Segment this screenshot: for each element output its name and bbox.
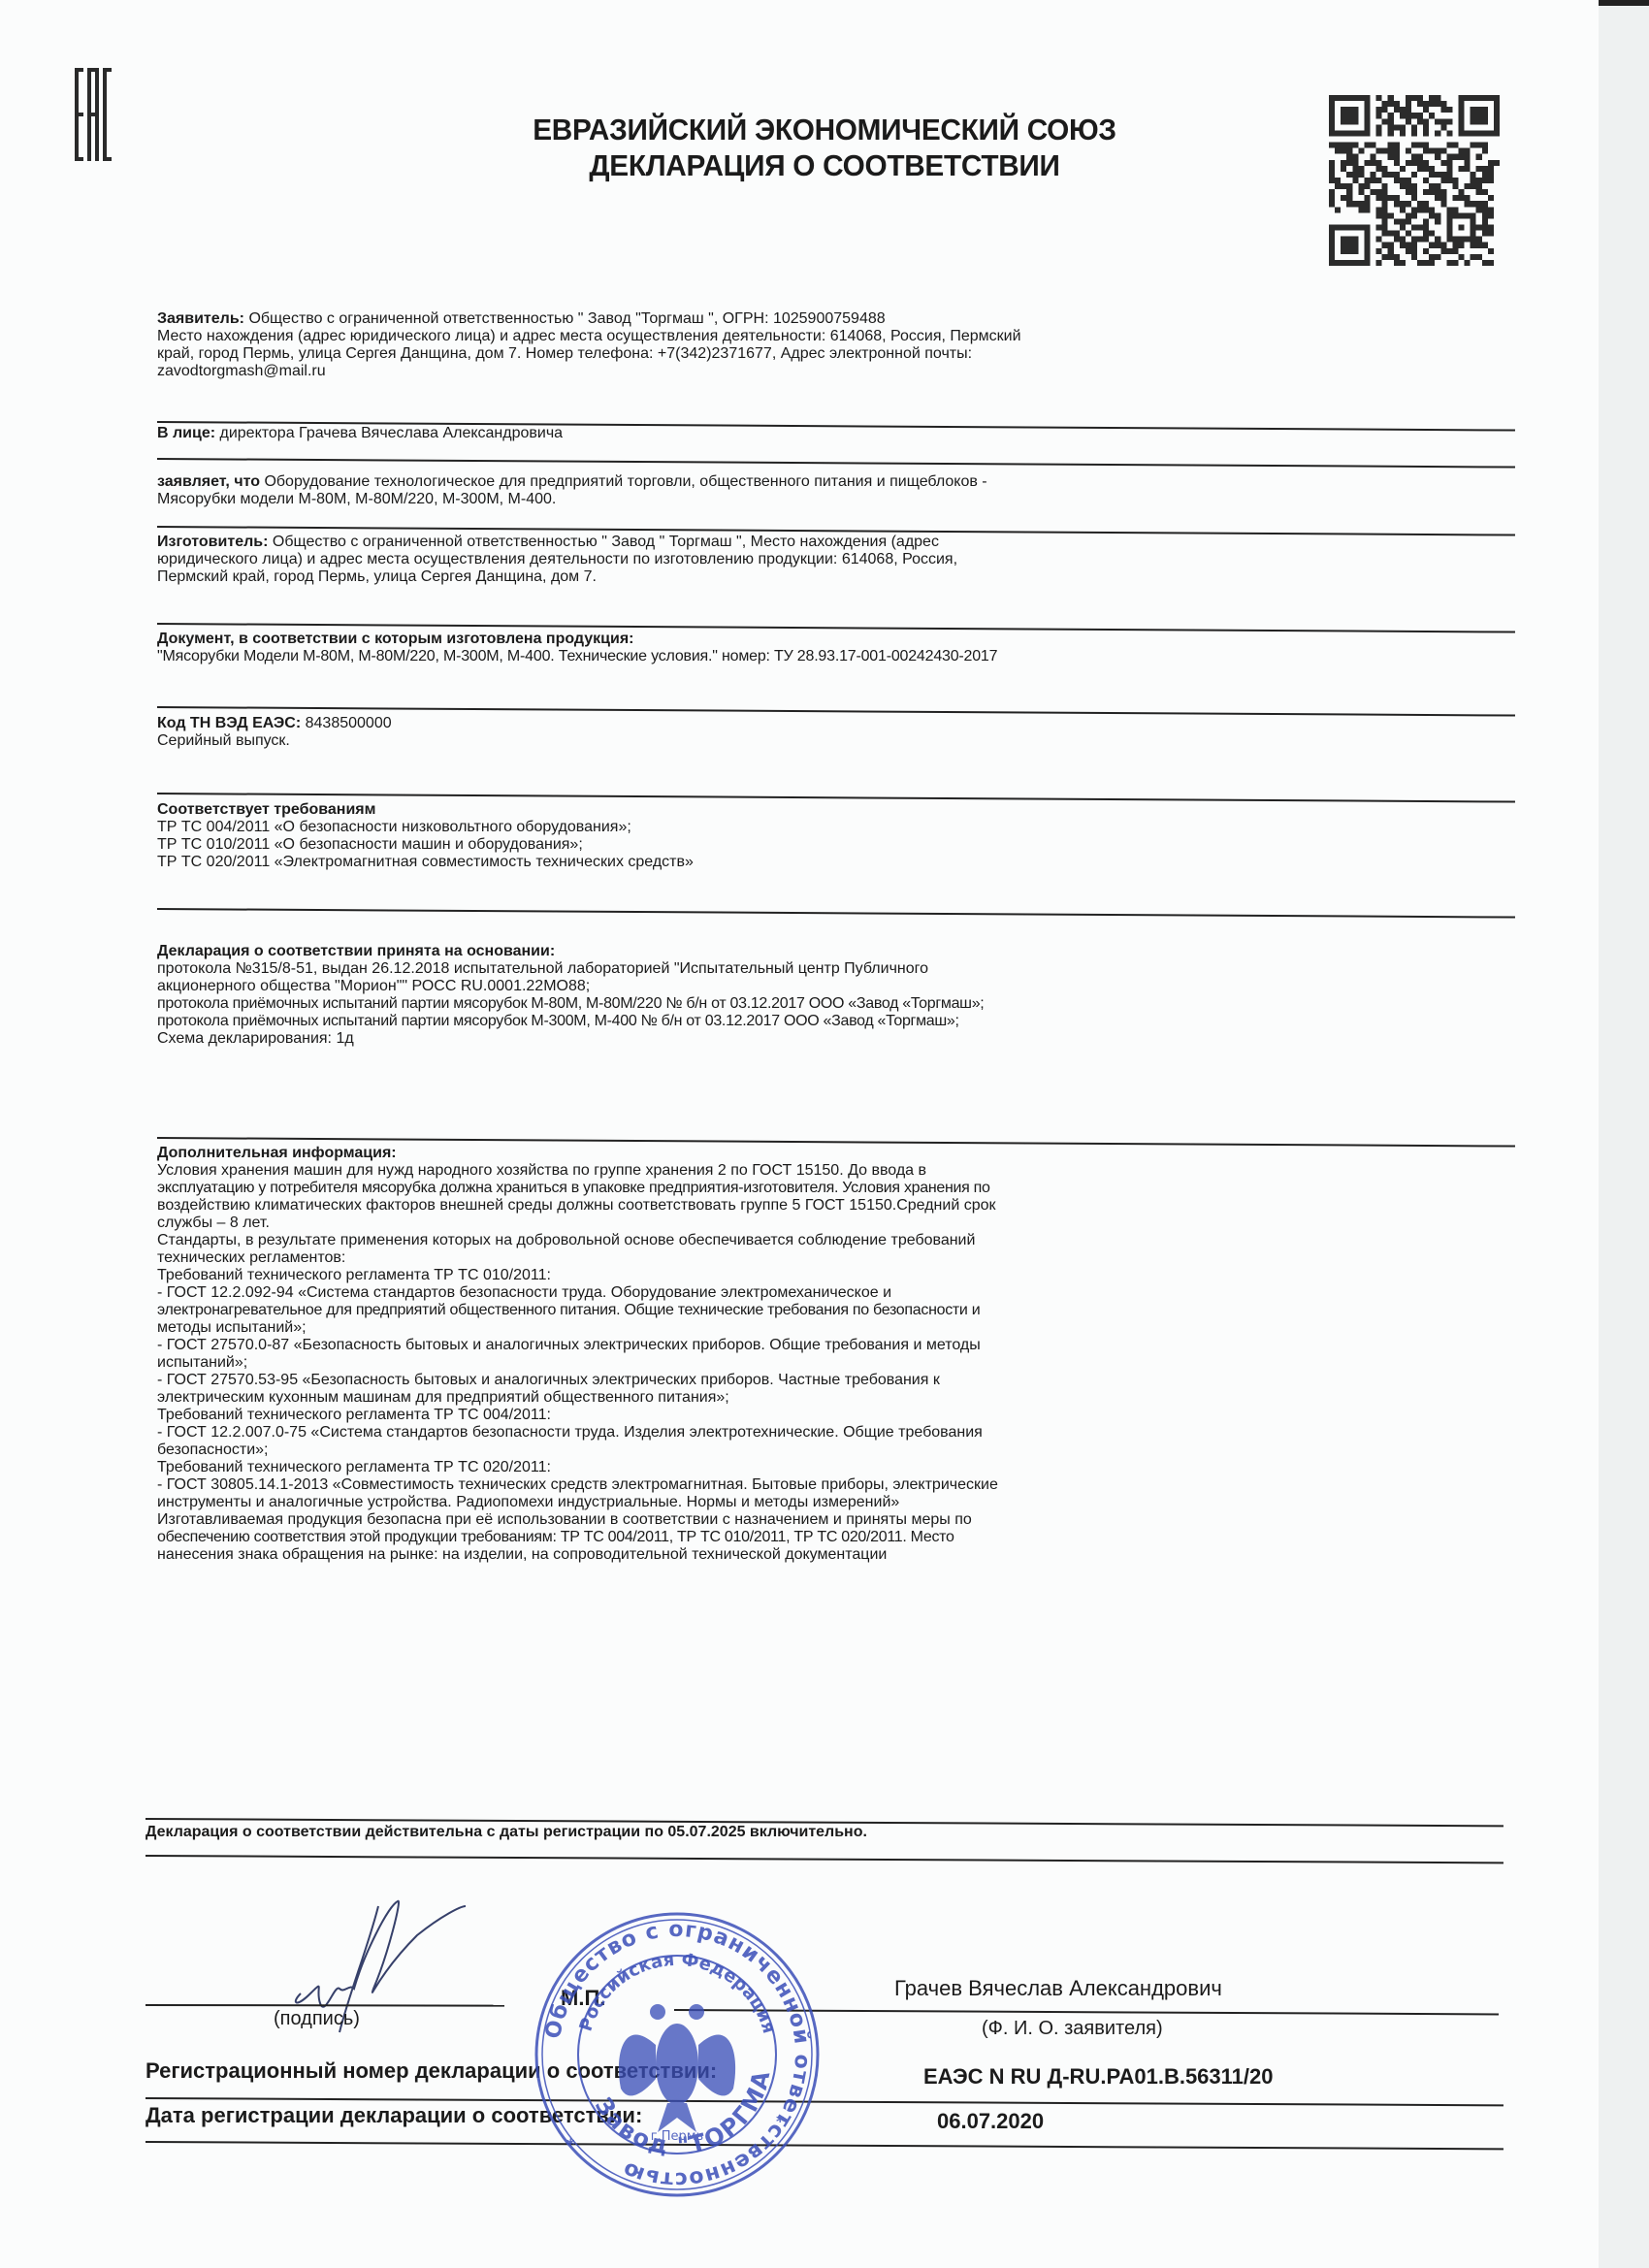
basis-line: протокола приёмочных испытаний партии мя… bbox=[157, 1013, 1515, 1030]
additional-line: электрическим кухонным машинам для предп… bbox=[157, 1389, 1515, 1407]
additional-line: нанесения знака обращения на рынке: на и… bbox=[157, 1546, 1515, 1564]
title-line-declaration: ДЕКЛАРАЦИЯ О СООТВЕТСТВИИ bbox=[470, 147, 1179, 183]
divider bbox=[145, 1855, 1503, 1863]
additional-label: Дополнительная информация: bbox=[157, 1145, 1515, 1162]
represented-by-value: директора Грачева Вячеслава Александрови… bbox=[215, 425, 563, 441]
declares-section: заявляет, что Оборудование технологическ… bbox=[157, 473, 1515, 508]
requirement-item: ТР ТС 020/2011 «Электромагнитная совмест… bbox=[157, 854, 1515, 871]
represented-by-section: В лице: директора Грачева Вячеслава Алек… bbox=[157, 425, 1515, 442]
applicant-label: Заявитель: bbox=[157, 310, 244, 327]
additional-line: Требований технического регламента ТР ТС… bbox=[157, 1459, 1515, 1476]
applicant-address-line: Место нахождения (адрес юридического лиц… bbox=[157, 328, 1515, 345]
additional-line: Требований технического регламента ТР ТС… bbox=[157, 1267, 1515, 1284]
hs-code-section: Код ТН ВЭД ЕАЭС: 8438500000 Серийный вып… bbox=[157, 715, 1515, 750]
registration-date-value: 06.07.2020 bbox=[937, 2109, 1044, 2134]
qr-code-icon bbox=[1329, 95, 1500, 266]
represented-by-label: В лице: bbox=[157, 425, 215, 441]
standard-document-section: Документ, в соответствии с которым изгот… bbox=[157, 631, 1515, 665]
product-models: Мясорубки модели М-80М, М-80М/220, М-300… bbox=[157, 491, 1515, 508]
additional-info-section: Дополнительная информация: Условия хране… bbox=[157, 1145, 1515, 1564]
signature-line bbox=[145, 2004, 504, 2007]
additional-line: Стандарты, в результате применения котор… bbox=[157, 1232, 1515, 1249]
divider bbox=[157, 908, 1515, 919]
divider bbox=[145, 2141, 1503, 2150]
additional-line: методы испытаний»; bbox=[157, 1319, 1515, 1337]
applicant-name-caption: (Ф. И. О. заявителя) bbox=[982, 2018, 1163, 2040]
additional-line: Условия хранения машин для нужд народног… bbox=[157, 1162, 1515, 1180]
additional-line: - ГОСТ 12.2.007.0-75 «Система стандартов… bbox=[157, 1424, 1515, 1442]
hs-code-value: 8438500000 bbox=[301, 715, 391, 731]
additional-line: воздействию климатических факторов внешн… bbox=[157, 1197, 1515, 1215]
eac-mark-icon bbox=[75, 68, 113, 165]
signature-caption: (подпись) bbox=[274, 2008, 360, 2030]
additional-line: безопасности»; bbox=[157, 1442, 1515, 1459]
requirement-item: ТР ТС 004/2011 «О безопасности низковоль… bbox=[157, 819, 1515, 836]
requirements-label: Соответствует требованиям bbox=[157, 801, 1515, 819]
declares-label: заявляет, что bbox=[157, 473, 260, 490]
applicant-email: zavodtorgmash@mail.ru bbox=[157, 363, 1515, 380]
scan-edge bbox=[1599, 0, 1649, 2268]
document-value: "Мясорубки Модели М-80М, М-80М/220, М-30… bbox=[157, 648, 1515, 665]
additional-line: технических регламентов: bbox=[157, 1249, 1515, 1267]
svg-text:*: * bbox=[776, 2112, 785, 2130]
company-seal-stamp: Общество с ограниченной ответственностью… bbox=[532, 1909, 823, 2200]
svg-text:*: * bbox=[566, 2135, 575, 2154]
additional-line: - ГОСТ 30805.14.1-2013 «Совместимость те… bbox=[157, 1476, 1515, 1494]
manufacturer-address-line: юридического лица) и адрес места осущест… bbox=[157, 551, 1515, 568]
validity-text: Декларация о соответствии действительна … bbox=[145, 1824, 1503, 1841]
applicant-section: Заявитель: Общество с ограниченной ответ… bbox=[157, 310, 1515, 380]
scan-edge-shadow bbox=[1599, 0, 1649, 6]
additional-line: Требований технического регламента ТР ТС… bbox=[157, 1407, 1515, 1424]
manufacturer-address-line-2: Пермский край, город Пермь, улица Сергея… bbox=[157, 568, 1515, 586]
requirement-item: ТР ТС 010/2011 «О безопасности машин и о… bbox=[157, 836, 1515, 854]
additional-line: эксплуатацию у потребителя мясорубка дол… bbox=[157, 1180, 1515, 1197]
additional-line: испытаний»; bbox=[157, 1354, 1515, 1372]
additional-line: электронагревательное для предприятий об… bbox=[157, 1302, 1515, 1319]
additional-line: - ГОСТ 27570.0-87 «Безопасность бытовых … bbox=[157, 1337, 1515, 1354]
additional-line: - ГОСТ 27570.53-95 «Безопасность бытовых… bbox=[157, 1372, 1515, 1389]
additional-line: обеспечению соответствия этой продукции … bbox=[157, 1529, 1515, 1546]
registration-number-value: ЕАЭС N RU Д-RU.PA01.B.56311/20 bbox=[923, 2064, 1274, 2090]
document-label: Документ, в соответствии с которым изгот… bbox=[157, 631, 1515, 648]
document-title: ЕВРАЗИЙСКИЙ ЭКОНОМИЧЕСКИЙ СОЮЗ ДЕКЛАРАЦИ… bbox=[470, 112, 1179, 183]
manufacturer-section: Изготовитель: Общество с ограниченной от… bbox=[157, 534, 1515, 586]
requirements-section: Соответствует требованиям ТР ТС 004/2011… bbox=[157, 801, 1515, 871]
basis-label: Декларация о соответствии принята на осн… bbox=[157, 943, 1515, 960]
applicant-name: Грачев Вячеслав Александрович bbox=[894, 1976, 1222, 2001]
basis-section: Декларация о соответствии принята на осн… bbox=[157, 943, 1515, 1048]
basis-line: акционерного общества "Морион"" РОСС RU.… bbox=[157, 978, 1515, 995]
manufacturer-label: Изготовитель: bbox=[157, 534, 268, 550]
production-type: Серийный выпуск. bbox=[157, 732, 1515, 750]
additional-line: инструменты и аналогичные устройства. Ра… bbox=[157, 1494, 1515, 1511]
basis-line: протокола приёмочных испытаний партии мя… bbox=[157, 995, 1515, 1013]
declaration-scheme: Схема декларирования: 1д bbox=[157, 1030, 1515, 1048]
applicant-contact-line: край, город Пермь, улица Сергея Данщина,… bbox=[157, 345, 1515, 363]
title-line-union: ЕВРАЗИЙСКИЙ ЭКОНОМИЧЕСКИЙ СОЮЗ bbox=[470, 112, 1179, 147]
additional-line: Изготавливаемая продукция безопасна при … bbox=[157, 1511, 1515, 1529]
validity-statement: Декларация о соответствии действительна … bbox=[145, 1824, 1503, 1841]
hs-code-label: Код ТН ВЭД ЕАЭС: bbox=[157, 715, 301, 731]
divider bbox=[157, 458, 1515, 469]
applicant-line-1: Заявитель: Общество с ограниченной ответ… bbox=[157, 310, 1515, 328]
additional-line: службы – 8 лет. bbox=[157, 1215, 1515, 1232]
additional-line: - ГОСТ 12.2.092-94 «Система стандартов б… bbox=[157, 1284, 1515, 1302]
basis-line: протокола №315/8-51, выдан 26.12.2018 ис… bbox=[157, 960, 1515, 978]
